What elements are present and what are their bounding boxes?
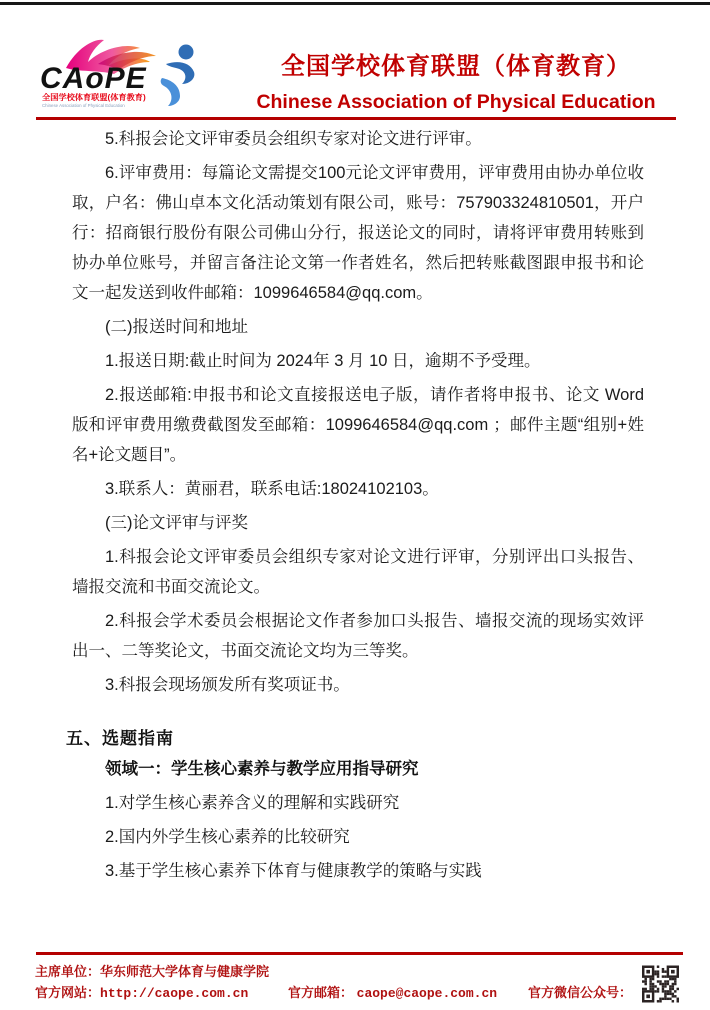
header-divider-line bbox=[36, 117, 676, 120]
footer-wechat-line: 官方微信公众号： bbox=[528, 982, 632, 1001]
paragraph-certificates: 3.科报会现场颁发所有奖项证书。 bbox=[72, 670, 644, 700]
paragraph-review-categories: 1.科报会论文评审委员会组织专家对论文进行评审，分别评出口头报告、墙报交流和书面… bbox=[72, 542, 644, 602]
paragraph-award-rules: 2.科报会学术委员会根据论文作者参加口头报告、墙报交流的现场实效评出一、二等奖论… bbox=[72, 606, 644, 666]
header-titles: 全国学校体育联盟（体育教育） Chinese Association of Ph… bbox=[225, 46, 687, 114]
org-title-chinese: 全国学校体育联盟（体育教育） bbox=[225, 46, 687, 81]
topic-item-2: 2.国内外学生核心素养的比较研究 bbox=[72, 822, 644, 852]
logo-runner-figure bbox=[161, 45, 195, 107]
org-title-english: Chinese Association of Physical Educatio… bbox=[225, 91, 687, 114]
paragraph-review-fee: 6.评审费用：每篇论文需提交100元论文评审费用，评审费用由协办单位收取，户名：… bbox=[72, 158, 644, 308]
caope-logo: CAoPE 全国学校体育联盟(体育教育) Chinese Association… bbox=[38, 34, 208, 112]
paragraph-deadline: 1.报送日期:截止时间为 2024年 3 月 10 日，逾期不予受理。 bbox=[72, 346, 644, 376]
wechat-qr-code bbox=[642, 965, 679, 1003]
footer-email-line: 官方邮箱： caope@caope.com.cn bbox=[288, 982, 497, 1001]
website-url: http://caope.com.cn bbox=[100, 986, 248, 1001]
paragraph-submission-email: 2.报送邮箱:申报书和论文直接报送电子版，请作者将申报书、论文 Word 版和评… bbox=[72, 380, 644, 470]
top-border-line bbox=[0, 2, 710, 5]
footer-host-line: 主席单位：华东师范大学体育与健康学院 bbox=[35, 961, 269, 980]
section-heading-topic-guide: 五、选题指南 bbox=[66, 724, 644, 754]
website-label: 官方网站： bbox=[35, 985, 100, 1000]
document-body: 5.科报会论文评审委员会组织专家对论文进行评审。 6.评审费用：每篇论文需提交1… bbox=[72, 124, 644, 890]
email-label: 官方邮箱： bbox=[288, 985, 353, 1000]
host-label: 主席单位： bbox=[35, 964, 100, 979]
topic-item-1: 1.对学生核心素养含义的理解和实践研究 bbox=[72, 788, 644, 818]
host-value: 华东师范大学体育与健康学院 bbox=[100, 964, 269, 979]
footer-divider-line bbox=[36, 952, 683, 955]
paragraph-review: 5.科报会论文评审委员会组织专家对论文进行评审。 bbox=[72, 124, 644, 154]
footer-website-line: 官方网站：http://caope.com.cn bbox=[35, 982, 248, 1001]
subsection-heading-field-one: 领域一：学生核心素养与教学应用指导研究 bbox=[72, 754, 644, 784]
topic-item-3: 3.基于学生核心素养下体育与健康教学的策略与实践 bbox=[72, 856, 644, 886]
paragraph-section-two-heading: (二)报送时间和地址 bbox=[72, 312, 644, 342]
logo-tagline-en: Chinese Association of Physical Educatio… bbox=[42, 103, 125, 108]
logo-tagline-cn: 全国学校体育联盟(体育教育) bbox=[42, 92, 146, 102]
logo-wordmark: CAoPE bbox=[40, 62, 147, 95]
document-page: CAoPE 全国学校体育联盟(体育教育) Chinese Association… bbox=[0, 0, 710, 1010]
caope-logo-graphic: CAoPE 全国学校体育联盟(体育教育) Chinese Association… bbox=[38, 34, 208, 112]
wechat-label: 官方微信公众号： bbox=[528, 985, 632, 1000]
paragraph-section-three-heading: (三)论文评审与评奖 bbox=[72, 508, 644, 538]
email-address: caope@caope.com.cn bbox=[357, 986, 497, 1001]
paragraph-contact: 3.联系人：黄丽君，联系电话:18024102103。 bbox=[72, 474, 644, 504]
